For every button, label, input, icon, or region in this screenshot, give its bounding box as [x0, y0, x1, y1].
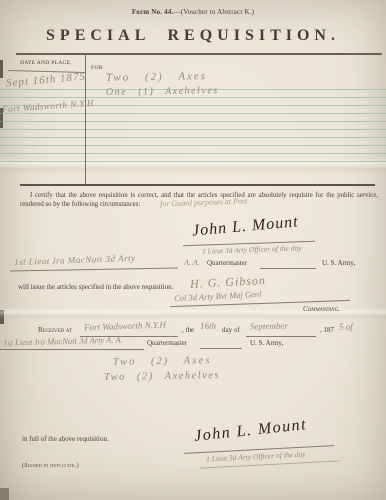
section-rule — [20, 184, 375, 186]
quartermaster-label: Quartermaster — [147, 339, 187, 347]
day-of-label: day of — [222, 326, 240, 334]
received-item: Two (2) Axes — [113, 355, 212, 368]
column-header-date-place: DATE AND PLACE. — [8, 60, 84, 66]
will-issue-line: will issue the articles specified in the… — [18, 283, 173, 291]
received-month-line — [246, 336, 316, 337]
received-officer-line — [0, 349, 144, 350]
us-army-label: U. S. Army, — [322, 259, 355, 267]
commanding-label: Commanding. — [303, 305, 340, 313]
signed-duplicate-label: (Signed in duplicate.) — [22, 463, 79, 469]
commander-title: Col 3d Arty Bvt Maj Genl — [174, 289, 262, 304]
officer-name-line — [10, 268, 178, 272]
handwritten-officer-name: 1st Lieut Ira MacNutt 3d Arty — [14, 253, 136, 267]
requisition-item: Two (2) Axes — [106, 70, 207, 84]
received-item: Two (2) Axehelves — [104, 370, 220, 383]
handwritten-aa: A. A. — [184, 258, 200, 267]
year-label: , 187 — [320, 326, 334, 334]
form-number-line: Form No. 44.—(Voucher to Abstract K.) — [0, 8, 386, 16]
received-month: September — [250, 321, 288, 332]
received-place: Fort Wadsworth N.Y.H — [84, 320, 166, 333]
us-army-label: U. S. Army, — [250, 339, 283, 347]
scan-edge-mark — [0, 60, 3, 78]
certify-signature: John L. Mount — [191, 213, 299, 240]
scanned-requisition-form: Form No. 44.—(Voucher to Abstract K.) SP… — [0, 0, 386, 500]
received-year: 5 of — [339, 322, 353, 332]
column-header-for: FOR — [91, 65, 103, 71]
requisition-item: One (1) Axehelves — [106, 85, 219, 98]
received-officer-name: 1st Lieut Ira MacNutt 3d Arty A. A. — [3, 334, 123, 347]
received-at-label: Received at — [38, 326, 72, 334]
page-title: SPECIAL REQUISITION. — [0, 27, 386, 45]
title-rule — [16, 53, 382, 55]
received-day: 16th — [200, 321, 216, 331]
blank-line — [200, 338, 242, 349]
form-number: Form No. 44. — [132, 8, 174, 16]
scan-edge-mark — [0, 488, 9, 500]
quartermaster-label: Quartermaster — [207, 259, 247, 267]
blank-line — [260, 258, 316, 269]
the-label: , the — [182, 326, 194, 334]
in-full-label: in full of the above requisition. — [22, 435, 109, 443]
received-signature: John L. Mount — [193, 416, 308, 446]
form-subtitle: —(Voucher to Abstract K.) — [173, 8, 254, 16]
certify-signature-title: 1 Lieut 3d Arty Officer of the day — [202, 243, 302, 255]
